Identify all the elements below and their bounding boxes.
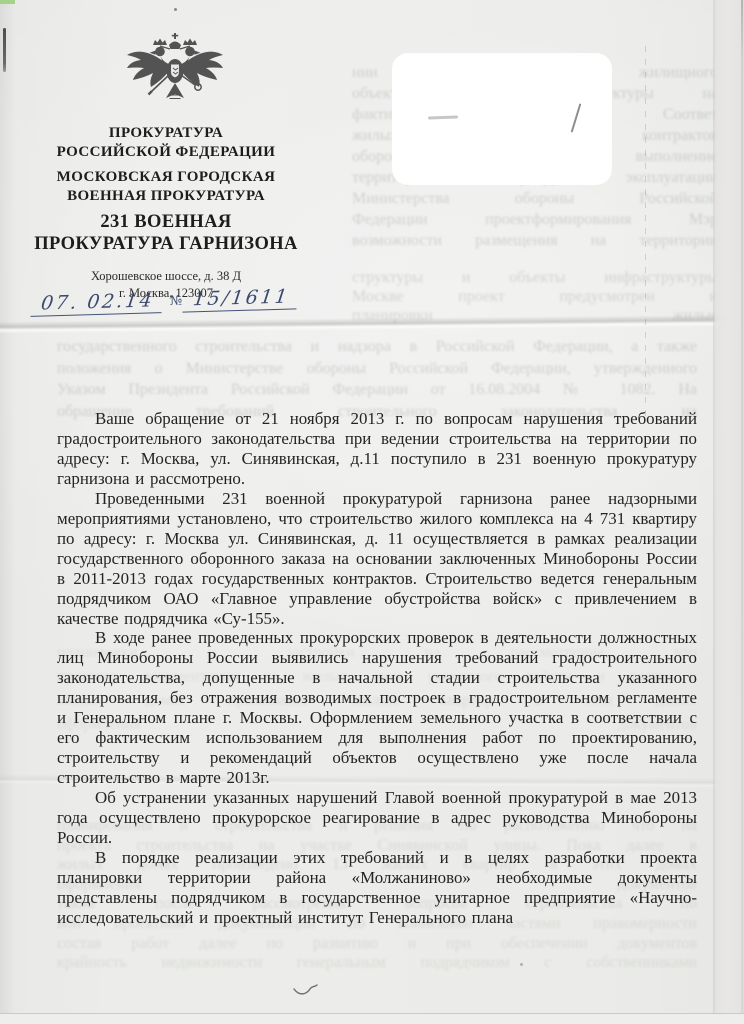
paper-right-edge <box>713 0 744 1024</box>
letterhead: ПРОКУРАТУРА РОССИЙСКОЙ ФЕДЕРАЦИИ МОСКОВС… <box>16 124 316 302</box>
paragraph-planning-documents: В порядке реализации этих требований и в… <box>57 848 697 928</box>
org-name-line2: РОССИЙСКОЙ ФЕДЕРАЦИИ <box>16 143 316 162</box>
bleedthrough-line: состав работ далее по развитию и при обе… <box>57 934 697 954</box>
address-line1: Хорошевское шоссе, д. 38 Д <box>16 268 316 285</box>
ink-speck <box>520 963 523 966</box>
paper-bottom-edge <box>0 1013 744 1024</box>
horizontal-fold-crease <box>0 314 744 333</box>
pen-stroke-mark <box>571 103 582 132</box>
spacer <box>16 161 316 168</box>
spacer <box>16 205 316 212</box>
staple-mark <box>3 28 6 72</box>
bleedthrough-line: возможности размещения на территории <box>352 230 718 251</box>
unit-name-line1: 231 ВОЕННАЯ <box>16 212 316 234</box>
squiggle-icon <box>293 983 319 997</box>
scanned-letter-page: нии выполнения жилищного объектов высоко… <box>0 0 744 1024</box>
paragraph-supervision-findings: Проведенными 231 военной прокуратурой га… <box>57 489 697 629</box>
org-name-line1: ПРОКУРАТУРА <box>16 124 316 143</box>
number-sign: № <box>168 294 185 309</box>
paragraph-violations-found: В ходе ранее проведенных прокурорских пр… <box>57 628 697 788</box>
paragraph-appeal-received: Ваше обращение от 21 ноября 2013 г. по в… <box>57 409 697 489</box>
org-name-line4: ВОЕННАЯ ПРОКУРАТУРА <box>16 187 316 206</box>
bleedthrough-line: структуры и объекты инфраструктуры <box>352 268 718 287</box>
bleedthrough-line: Федерации проектформирования Мэр <box>352 209 718 230</box>
double-headed-eagle-icon <box>122 33 228 111</box>
bleedthrough-line: положения о Министерстве обороны Российс… <box>57 358 697 380</box>
scanner-edge-artifact <box>0 0 15 4</box>
handwritten-outgoing-number: 15/1611 <box>183 285 301 312</box>
bleedthrough-line: Москве проект предусмотрен и <box>352 287 718 306</box>
scan-right-edge-line <box>741 0 743 1024</box>
org-name-line3: МОСКОВСКАЯ ГОРОДСКАЯ <box>16 168 316 187</box>
pen-squiggle-mark <box>293 983 319 1002</box>
vertical-fold-line <box>645 46 646 418</box>
redaction-block <box>392 53 612 185</box>
unit-name-line2: ПРОКУРАТУРА ГАРНИЗОНА <box>16 234 316 256</box>
smudge-mark <box>428 115 458 119</box>
bleedthrough-line: Указом Президента Российской Федерации о… <box>57 379 697 401</box>
paragraph-response-measures: Об устранении указанных нарушений Главой… <box>57 788 697 848</box>
letter-body: Ваше обращение от 21 ноября 2013 г. по в… <box>57 409 697 928</box>
handwritten-date: 07. 02.14 <box>30 289 164 317</box>
bleedthrough-line: государственного строительства и надзора… <box>57 336 697 358</box>
coat-of-arms-emblem <box>122 33 228 111</box>
bleedthrough-line: Министерства обороны Российской <box>352 188 718 209</box>
ink-speck <box>174 8 177 11</box>
bleedthrough-line: крайность недвижимости генеральным подря… <box>57 953 697 973</box>
